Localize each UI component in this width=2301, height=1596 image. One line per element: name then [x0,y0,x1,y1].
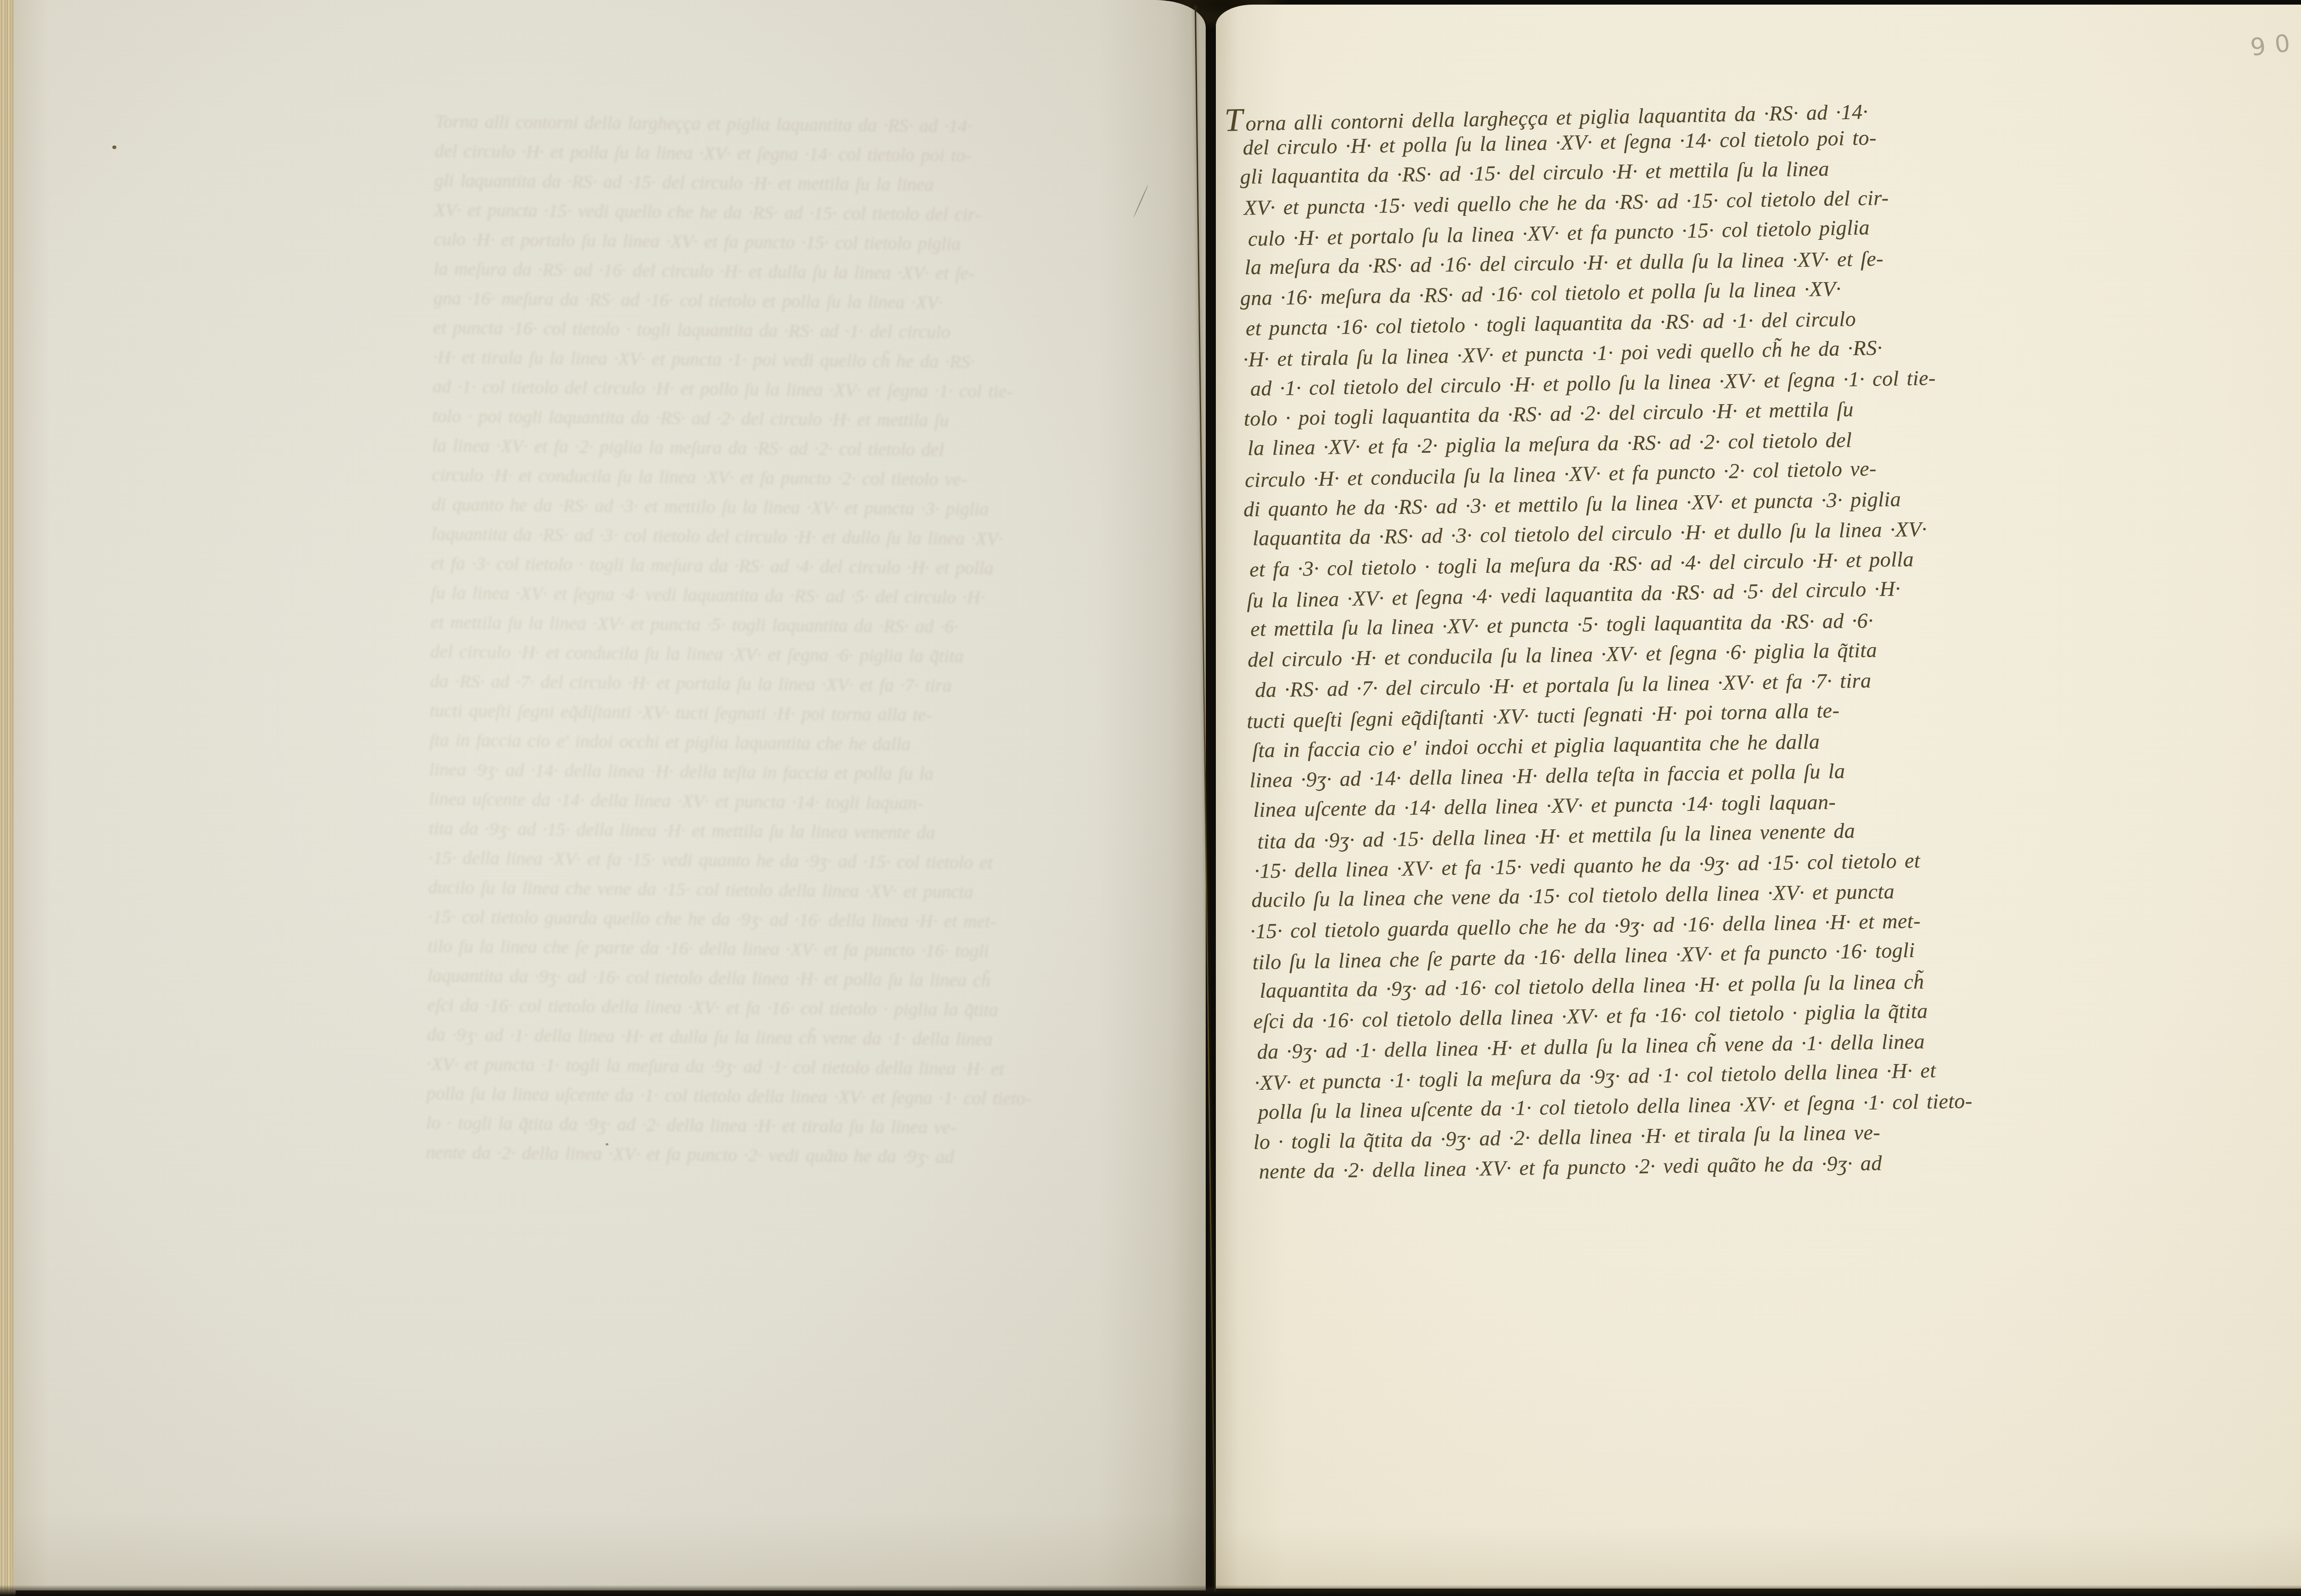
paper-hairline-mark [1133,185,1149,218]
manuscript-text-block: Torna alli contorni della largheçça et p… [1239,89,2066,1187]
showthrough-text-line: la linea ·XV· et fa ·2· piglia la meſura… [432,431,1063,466]
showthrough-text-line: ·XV· et puncta ·1· togli la meſura da ·9… [427,1049,1058,1084]
showthrough-text-line: linea ·9ʒ· ad ·14· della linea ·H· della… [429,755,1060,790]
showthrough-text-line: gli laquantita da ·RS· ad ·15· del circu… [434,166,1065,201]
showthrough-text-line: polla ſu la linea uſcente da ·1· col tie… [426,1079,1057,1114]
showthrough-text-line: ·15· della linea ·XV· et fa ·15· vedi qu… [428,843,1059,878]
showthrough-text-line: eſci da ·16· col tietolo della linea ·XV… [427,990,1058,1025]
left-page-edge-stack [0,0,16,1596]
showthrough-text-line: del circulo ·H· et polla ſu la linea ·XV… [434,136,1065,171]
showthrough-text-line: tucti queſti ſegni eq̃diſtanti ·XV· tuct… [430,696,1061,731]
showthrough-text-line: et fa ·3· col tietolo · togli la meſura … [431,549,1062,584]
showthrough-text-line: di quanto he da ·RS· ad ·3· et mettilo ſ… [432,490,1063,525]
showthrough-text-line: lo · togli la q̃tita da ·9ʒ· ad ·2· dell… [426,1108,1057,1143]
bottom-page-edge-shadow [0,1585,2301,1596]
right-page: 90 Torna alli contorni della largheçça e… [1216,5,2301,1589]
ink-speck [112,145,116,149]
manuscript-book-scan: Torna alli contorni della largheçça et p… [0,0,2301,1596]
showthrough-text-line: et mettila ſu la linea ·XV· et puncta ·5… [430,607,1061,642]
showthrough-text-line: del circulo ·H· et conducila ſu la linea… [430,637,1061,672]
ink-speck [606,1143,608,1145]
showthrough-text-line: nente da ·2· della linea ·XV· et fa punc… [426,1138,1057,1173]
showthrough-text-line: culo ·H· et portalo ſu la linea ·XV· et … [434,225,1065,260]
showthrough-text-line: tolo · poi togli laquantita da ·RS· ad ·… [432,401,1063,436]
showthrough-text-line: ſta in faccia cio e' indoi occhi et pigl… [429,725,1060,760]
showthrough-text-line: gna ·16· meſura da ·RS· ad ·16· col tiet… [434,283,1064,318]
showthrough-text-line: ·15· col tietolo guarda quello che he da… [428,902,1059,937]
showthrough-text-line: da ·RS· ad ·7· del circulo ·H· et portal… [430,666,1061,701]
showthrough-text-line: la meſura da ·RS· ad ·16· del circulo ·H… [434,254,1064,289]
left-page: Torna alli contorni della largheçça et p… [14,0,1206,1590]
showthrough-text-line: XV· et puncta ·15· vedi quello che he da… [434,195,1065,230]
showthrough-text-line: ad ·1· col tietolo del circulo ·H· et po… [433,372,1064,407]
showthrough-text-line: circulo ·H· et conducila ſu la linea ·XV… [432,460,1063,495]
showthrough-text-line: et puncta ·16· col tietolo · togli laqua… [433,313,1064,348]
showthrough-text-line: laquantita da ·9ʒ· ad ·16· col tietolo d… [428,961,1058,996]
showthrough-text-line: ducilo ſu la linea che vene da ·15· col … [428,873,1059,908]
showthrough-text-line: da ·9ʒ· ad ·1· della linea ·H· et dulla … [427,1020,1058,1055]
folio-number: 90 [2249,29,2301,62]
showthrough-text-line: Torna alli contorni della largheçça et p… [435,107,1066,142]
showthrough-text-line: ſu la linea ·XV· et ſegna ·4· vedi laqua… [431,578,1062,613]
showthrough-text-line: laquantita da ·RS· ad ·3· col tietolo de… [431,519,1062,554]
showthrough-text-line: tita da ·9ʒ· ad ·15· della linea ·H· et … [428,814,1059,849]
showthrough-text-line: ·H· et tirala ſu la linea ·XV· et puncta… [433,342,1064,377]
left-page-showthrough-text: Torna alli contorni della largheçça et p… [426,107,1066,1208]
showthrough-text-line: tilo ſu la linea che ſe parte da ·16· de… [428,931,1058,966]
showthrough-text-line: linea uſcente da ·14· della linea ·XV· e… [429,784,1060,819]
